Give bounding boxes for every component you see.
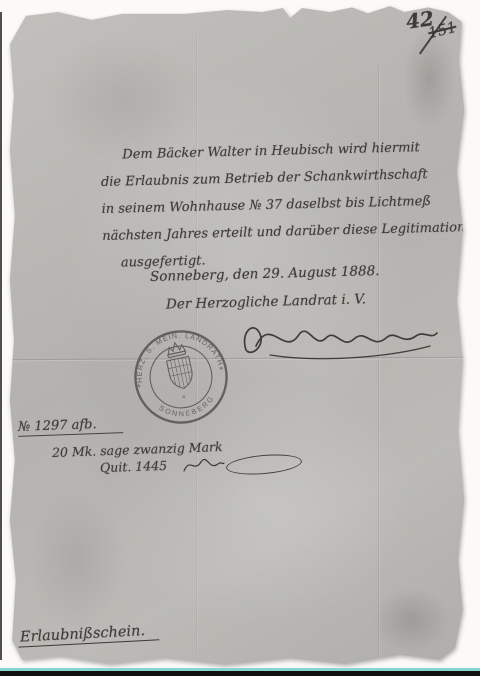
initials-stroke xyxy=(184,459,224,471)
paraph-flourish xyxy=(225,452,302,478)
signature-strokes xyxy=(245,328,437,359)
official-round-stamp: HERZ. S. MEIN. LANDRATH SONNEBERG * * * xyxy=(123,319,239,435)
document-label: Erlaubnißschein. xyxy=(18,622,160,647)
clerk-initials xyxy=(180,455,226,475)
aged-paper-surface: 42 151 Dem Bäcker Walter in Heubisch wir… xyxy=(8,6,466,666)
signature xyxy=(238,306,443,364)
stamp-separator-star-left: * xyxy=(136,383,142,393)
registry-number: № 1297 afb. xyxy=(18,416,123,437)
paper-sheet: 42 151 Dem Bäcker Walter in Heubisch wir… xyxy=(8,6,466,666)
stamp-bottom-star: * xyxy=(182,394,188,403)
stamp-separator-star-right: * xyxy=(219,365,225,375)
shield-hatching xyxy=(167,356,195,390)
photo-left-edge xyxy=(0,12,2,660)
photo-bottom-black-bar xyxy=(0,671,480,676)
letter-body: Dem Bäcker Walter in Heubisch wird hierm… xyxy=(100,133,451,276)
fee-receipt: Quit. 1445 xyxy=(100,458,168,475)
scanned-document-photo: 42 151 Dem Bäcker Walter in Heubisch wir… xyxy=(0,0,480,676)
crown-base xyxy=(168,351,186,358)
